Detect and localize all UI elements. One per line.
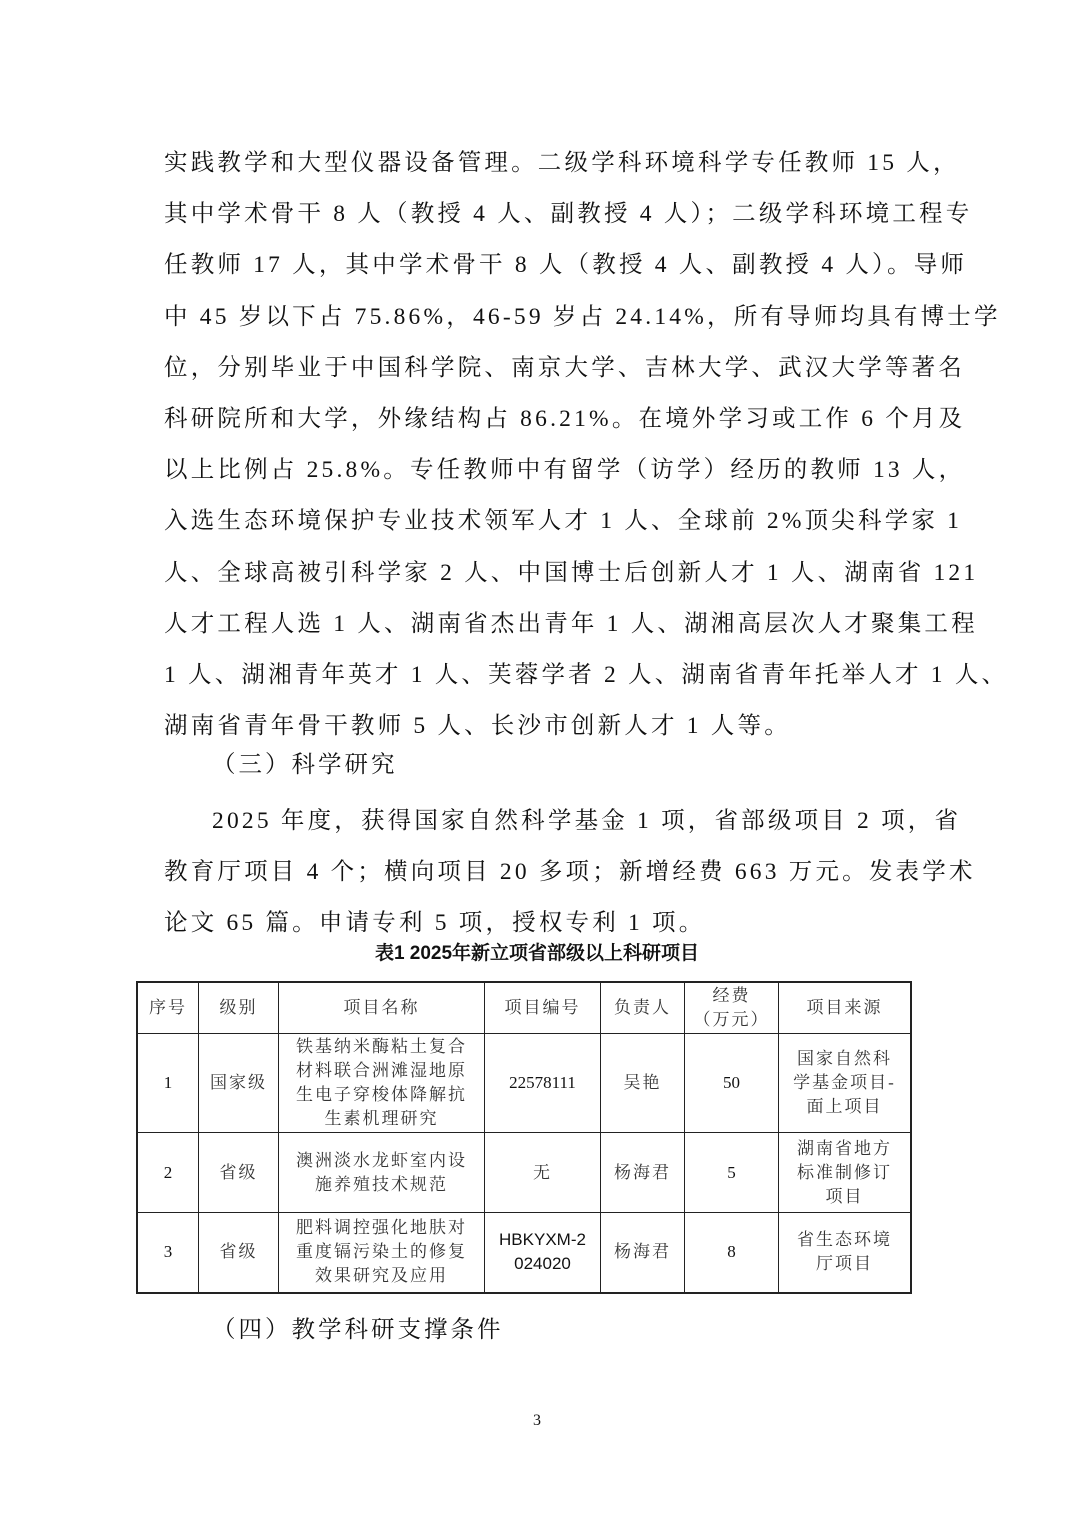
text-line: 入选生态环境保护专业技术领军人才 1 人、全球前 2%顶尖科学家 1 bbox=[164, 496, 912, 547]
text-line: 2025 年度，获得国家自然科学基金 1 项，省部级项目 2 项，省 bbox=[164, 796, 912, 847]
cell-line: 肥料调控强化地肤对 bbox=[287, 1216, 476, 1240]
cell-no: 3 bbox=[137, 1213, 199, 1293]
col-header-level: 级别 bbox=[199, 982, 279, 1034]
text-line: 人、全球高被引科学家 2 人、中国博士后创新人才 1 人、湖南省 121 bbox=[164, 548, 912, 599]
research-paragraph: 2025 年度，获得国家自然科学基金 1 项，省部级项目 2 项，省 教育厅项目… bbox=[164, 796, 912, 950]
table-header-row: 序号 级别 项目名称 项目编号 负责人 经费 （万元） 项目来源 bbox=[137, 982, 911, 1034]
funding-unit: （万元） bbox=[693, 1008, 770, 1032]
col-header-no: 序号 bbox=[137, 982, 199, 1034]
text-line: 人才工程人选 1 人、湖南省杰出青年 1 人、湖湘高层次人才聚集工程 bbox=[164, 599, 912, 650]
cell-code: HBKYXM-2 024020 bbox=[485, 1213, 601, 1293]
cell-level: 国家级 bbox=[199, 1034, 279, 1133]
cell-line: 重度镉污染土的修复 bbox=[287, 1240, 476, 1264]
cell-line: 项目 bbox=[787, 1185, 902, 1209]
section-heading-support: （四）教学科研支撑条件 bbox=[212, 1310, 504, 1344]
cell-line: 澳洲淡水龙虾室内设 bbox=[287, 1149, 476, 1173]
cell-line: 生电子穿梭体降解抗 bbox=[287, 1083, 476, 1107]
cell-code: 22578111 bbox=[485, 1034, 601, 1133]
document-page: 实践教学和大型仪器设备管理。二级学科环境科学专任教师 15 人， 其中学术骨干 … bbox=[0, 0, 1074, 1520]
col-header-name: 项目名称 bbox=[279, 982, 485, 1034]
text-line: 实践教学和大型仪器设备管理。二级学科环境科学专任教师 15 人， bbox=[164, 138, 912, 189]
table-row: 1 国家级 铁基纳米酶粘土复合 材料联合洲滩湿地原 生电子穿梭体降解抗 生素机理… bbox=[137, 1034, 911, 1133]
cell-line: 国家自然科 bbox=[787, 1047, 902, 1071]
funding-label: 经费 bbox=[693, 984, 770, 1008]
cell-line: 省生态环境 bbox=[787, 1228, 902, 1252]
cell-line: 铁基纳米酶粘土复合 bbox=[287, 1035, 476, 1059]
section-heading-research: （三）科学研究 bbox=[212, 745, 398, 779]
text-line: 科研院所和大学，外缘结构占 86.21%。在境外学习或工作 6 个月及 bbox=[164, 394, 912, 445]
cell-name: 肥料调控强化地肤对 重度镉污染土的修复 效果研究及应用 bbox=[279, 1213, 485, 1293]
cell-line: 面上项目 bbox=[787, 1095, 902, 1119]
cell-level: 省级 bbox=[199, 1133, 279, 1213]
cell-source: 湖南省地方 标准制修订 项目 bbox=[779, 1133, 912, 1213]
col-header-funding: 经费 （万元） bbox=[685, 982, 779, 1034]
cell-line: 厅项目 bbox=[787, 1252, 902, 1276]
cell-name: 铁基纳米酶粘土复合 材料联合洲滩湿地原 生电子穿梭体降解抗 生素机理研究 bbox=[279, 1034, 485, 1133]
cell-level: 省级 bbox=[199, 1213, 279, 1293]
text-line: 教育厅项目 4 个；横向项目 20 多项；新增经费 663 万元。发表学术 bbox=[164, 847, 912, 898]
cell-line: 学基金项目- bbox=[787, 1071, 902, 1095]
text-line: 1 人、湖湘青年英才 1 人、芙蓉学者 2 人、湖南省青年托举人才 1 人、 bbox=[164, 650, 912, 701]
cell-leader: 杨海君 bbox=[601, 1213, 685, 1293]
cell-no: 1 bbox=[137, 1034, 199, 1133]
table-row: 2 省级 澳洲淡水龙虾室内设 施养殖技术规范 无 杨海君 5 湖南省地方 标准制… bbox=[137, 1133, 911, 1213]
col-header-leader: 负责人 bbox=[601, 982, 685, 1034]
text-line: 中 45 岁以下占 75.86%，46-59 岁占 24.14%，所有导师均具有… bbox=[164, 292, 912, 343]
cell-line: 标准制修订 bbox=[787, 1161, 902, 1185]
cell-line: 效果研究及应用 bbox=[287, 1264, 476, 1288]
cell-name: 澳洲淡水龙虾室内设 施养殖技术规范 bbox=[279, 1133, 485, 1213]
text-line: 以上比例占 25.8%。专任教师中有留学（访学）经历的教师 13 人， bbox=[164, 445, 912, 496]
cell-line: 024020 bbox=[493, 1252, 592, 1276]
col-header-source: 项目来源 bbox=[779, 982, 912, 1034]
text-line: 其中学术骨干 8 人（教授 4 人、副教授 4 人）；二级学科环境工程专 bbox=[164, 189, 912, 240]
cell-funding: 8 bbox=[685, 1213, 779, 1293]
col-header-code: 项目编号 bbox=[485, 982, 601, 1034]
text-line: 任教师 17 人，其中学术骨干 8 人（教授 4 人、副教授 4 人）。导师 bbox=[164, 240, 912, 291]
table-row: 3 省级 肥料调控强化地肤对 重度镉污染土的修复 效果研究及应用 HBKYXM-… bbox=[137, 1213, 911, 1293]
cell-line: 生素机理研究 bbox=[287, 1107, 476, 1131]
cell-code: 无 bbox=[485, 1133, 601, 1213]
cell-leader: 杨海君 bbox=[601, 1133, 685, 1213]
cell-no: 2 bbox=[137, 1133, 199, 1213]
cell-line: 湖南省地方 bbox=[787, 1137, 902, 1161]
cell-line: HBKYXM-2 bbox=[493, 1228, 592, 1252]
table-caption: 表1 2025年新立项省部级以上科研项目 bbox=[0, 938, 1074, 965]
cell-line: 施养殖技术规范 bbox=[287, 1173, 476, 1197]
cell-line: 材料联合洲滩湿地原 bbox=[287, 1059, 476, 1083]
cell-funding: 50 bbox=[685, 1034, 779, 1133]
cell-leader: 吴艳 bbox=[601, 1034, 685, 1133]
cell-source: 国家自然科 学基金项目- 面上项目 bbox=[779, 1034, 912, 1133]
research-projects-table: 序号 级别 项目名称 项目编号 负责人 经费 （万元） 项目来源 1 国家级 铁… bbox=[136, 981, 912, 1294]
cell-source: 省生态环境 厅项目 bbox=[779, 1213, 912, 1293]
text-line: 位，分别毕业于中国科学院、南京大学、吉林大学、武汉大学等著名 bbox=[164, 343, 912, 394]
page-number: 3 bbox=[0, 1412, 1074, 1430]
faculty-paragraph: 实践教学和大型仪器设备管理。二级学科环境科学专任教师 15 人， 其中学术骨干 … bbox=[164, 138, 912, 752]
cell-funding: 5 bbox=[685, 1133, 779, 1213]
